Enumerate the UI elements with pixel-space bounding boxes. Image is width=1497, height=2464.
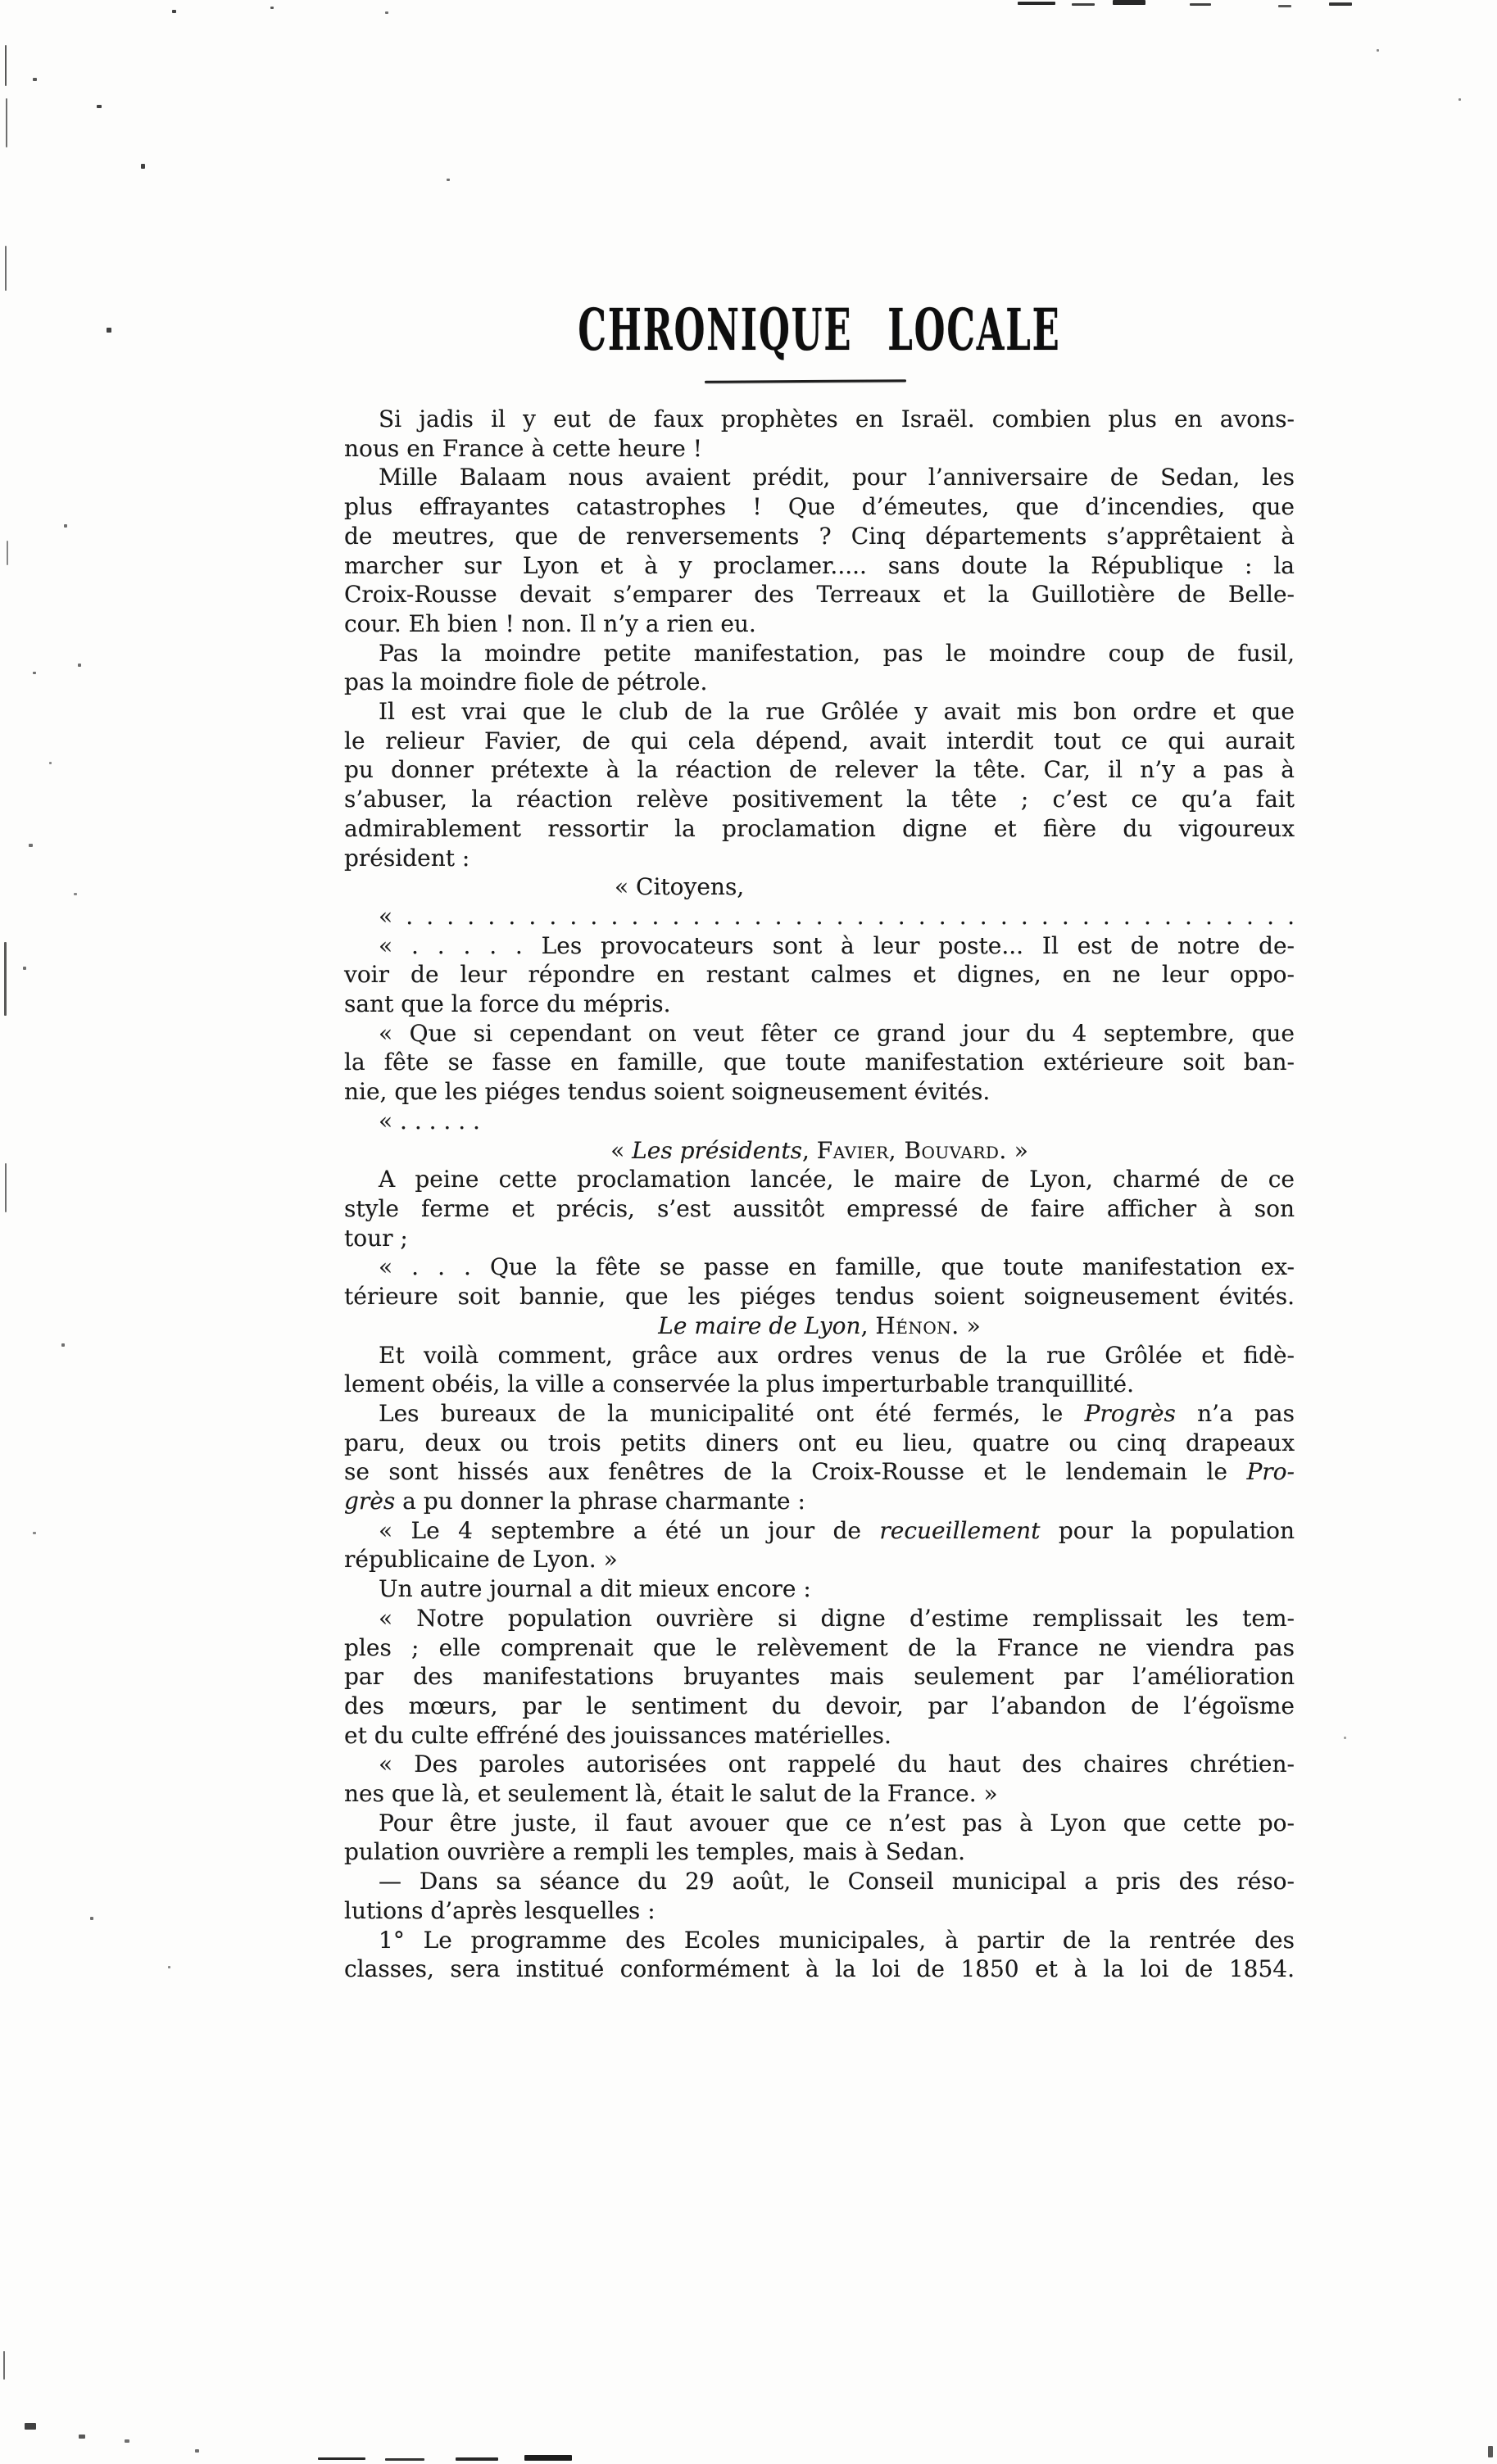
scan-speck xyxy=(447,179,450,181)
text-line: ples ; elle comprenait que le relèvement… xyxy=(344,1633,1295,1663)
scan-speck xyxy=(1377,49,1379,52)
scan-speck xyxy=(33,1532,36,1534)
text-line: et du culte effréné des jouissances maté… xyxy=(344,1721,1295,1751)
text-line: Pas la moindre petite manifestation, pas… xyxy=(344,639,1295,668)
text-line: la fête se fasse en famille, que toute m… xyxy=(344,1048,1295,1077)
paragraph: Il est vrai que le club de la rue Grôlée… xyxy=(344,697,1295,872)
scan-speck xyxy=(107,328,111,333)
text-line: pas la moindre fiole de pétrole. xyxy=(344,668,1295,697)
text-line: 1° Le programme des Ecoles municipales, … xyxy=(344,1926,1295,1955)
text-line: « . . . . . Les provocateurs sont à leur… xyxy=(344,931,1295,961)
text-line: s’abuser, la réaction relève positivemen… xyxy=(344,785,1295,814)
scan-speck xyxy=(168,1966,170,1968)
text-line: républicaine de Lyon. » xyxy=(344,1545,1295,1574)
text-line: A peine cette proclamation lancée, le ma… xyxy=(344,1165,1295,1194)
scan-speck xyxy=(1018,2,1055,5)
scan-speck xyxy=(1344,1737,1346,1739)
text-line: « Des paroles autorisées ont rappelé du … xyxy=(344,1750,1295,1779)
scan-speck xyxy=(29,844,33,847)
text-line: nous en France à cette heure ! xyxy=(344,434,1295,464)
text-line: de meutres, que de renversements ? Cinq … xyxy=(344,522,1295,551)
text-line: « . . . . . . . . . . . . . . . . . . . … xyxy=(344,902,1295,931)
paragraph: Pour être juste, il faut avouer que ce n… xyxy=(344,1809,1295,1867)
scan-speck xyxy=(25,2423,36,2430)
scan-speck xyxy=(74,893,77,895)
text-line: Si jadis il y eut de faux prophètes en I… xyxy=(344,405,1295,434)
paragraph: « Le 4 septembre a été un jour de recuei… xyxy=(344,1516,1295,1574)
paragraph: A peine cette proclamation lancée, le ma… xyxy=(344,1165,1295,1252)
scan-speck xyxy=(172,10,176,13)
scan-speck xyxy=(1488,2446,1493,2457)
scan-speck xyxy=(5,246,7,291)
text-line: « Notre population ouvrière si digne d’e… xyxy=(344,1604,1295,1633)
paragraph: « . . . Que la fête se passe en famille,… xyxy=(344,1252,1295,1311)
text-line: « Le 4 septembre a été un jour de recuei… xyxy=(344,1516,1295,1546)
text-line: Mille Balaam nous avaient prédit, pour l… xyxy=(344,463,1295,492)
section-title: CHRONIQUE LOCALE xyxy=(524,301,1114,359)
paragraph: « Notre population ouvrière si digne d’e… xyxy=(344,1604,1295,1751)
text-line: marcher sur Lyon et à y proclamer..... s… xyxy=(344,551,1295,581)
scan-speck xyxy=(385,2458,424,2461)
scan-speck xyxy=(5,1163,7,1212)
text-line: « Citoyens, xyxy=(344,872,1295,902)
scan-speck xyxy=(61,1343,65,1347)
scan-speck xyxy=(7,541,8,565)
text-line: lutions d’après lesquelles : xyxy=(344,1896,1295,1926)
scan-speck xyxy=(1329,2,1352,6)
scan-speck xyxy=(125,2439,129,2443)
text-line: nes que là, et seulement là, était le sa… xyxy=(344,1779,1295,1809)
scan-speck xyxy=(64,524,67,528)
text-line: « Les présidents, Favier, Bouvard. » xyxy=(344,1136,1295,1166)
article-body: Si jadis il y eut de faux prophètes en I… xyxy=(344,405,1295,1984)
text-line: « Que si cependant on veut fêter ce gran… xyxy=(344,1019,1295,1049)
paragraph: Et voilà comment, grâce aux ordres venus… xyxy=(344,1341,1295,1399)
text-line: grès a pu donner la phrase charmante : xyxy=(344,1487,1295,1516)
text-line: nie, que les piéges tendus soient soigne… xyxy=(344,1077,1295,1107)
text-line: paru, deux ou trois petits diners ont eu… xyxy=(344,1429,1295,1458)
scan-speck xyxy=(3,2351,5,2380)
text-line: Pour être juste, il faut avouer que ce n… xyxy=(344,1809,1295,1838)
text-line: Les bureaux de la municipalité ont été f… xyxy=(344,1399,1295,1429)
text-line: le relieur Favier, de qui cela dépend, a… xyxy=(344,727,1295,756)
text-line: Il est vrai que le club de la rue Grôlée… xyxy=(344,697,1295,727)
text-line: tour ; xyxy=(344,1224,1295,1253)
scan-speck xyxy=(1278,5,1291,7)
scan-speck xyxy=(90,1917,93,1920)
text-line: des mœurs, par le sentiment du devoir, p… xyxy=(344,1692,1295,1721)
text-line: lement obéis, la ville a conservée la pl… xyxy=(344,1370,1295,1399)
scan-speck xyxy=(23,967,26,970)
scan-speck xyxy=(6,98,7,147)
scan-speck xyxy=(33,672,36,674)
text-line: plus effrayantes catastrophes ! Que d’ém… xyxy=(344,492,1295,522)
paragraph: Un autre journal a dit mieux encore : xyxy=(344,1574,1295,1604)
scan-speck xyxy=(78,664,81,667)
scan-speck xyxy=(1190,3,1211,6)
text-line: par des manifestations bruyantes mais se… xyxy=(344,1662,1295,1692)
text-line: voir de leur répondre en restant calmes … xyxy=(344,960,1295,990)
scan-speck xyxy=(5,45,7,86)
scan-speck xyxy=(195,2449,199,2453)
paragraph: « Que si cependant on veut fêter ce gran… xyxy=(344,1019,1295,1107)
text-line: président : xyxy=(344,844,1295,873)
scan-speck xyxy=(524,2455,572,2461)
text-line: sant que la force du mépris. xyxy=(344,990,1295,1019)
scan-speck xyxy=(1072,3,1095,6)
text-line: Et voilà comment, grâce aux ordres venus… xyxy=(344,1341,1295,1370)
text-line: pu donner prétexte à la réaction de rele… xyxy=(344,755,1295,785)
scan-speck xyxy=(97,105,102,108)
masthead: CHRONIQUE LOCALE xyxy=(344,301,1295,359)
scan-speck xyxy=(1458,98,1461,101)
text-line: pulation ouvrière a rempli les temples, … xyxy=(344,1837,1295,1867)
paragraph: « Des paroles autorisées ont rappelé du … xyxy=(344,1750,1295,1808)
title-rule xyxy=(705,379,906,383)
paragraph: — Dans sa séance du 29 août, le Conseil … xyxy=(344,1867,1295,1925)
scan-speck xyxy=(33,78,37,81)
text-line: Un autre journal a dit mieux encore : xyxy=(344,1574,1295,1604)
paragraph: Le maire de Lyon, Hénon. » xyxy=(344,1311,1295,1341)
text-line: « . . . Que la fête se passe en famille,… xyxy=(344,1252,1295,1282)
text-line: — Dans sa séance du 29 août, le Conseil … xyxy=(344,1867,1295,1896)
newspaper-page: CHRONIQUE LOCALE Si jadis il y eut de fa… xyxy=(0,0,1497,2464)
paragraph: Si jadis il y eut de faux prophètes en I… xyxy=(344,405,1295,463)
paragraph: « . . . . . . . . . . . . . . . . . . . … xyxy=(344,902,1295,931)
text-line: Croix-Rousse devait s’emparer des Terrea… xyxy=(344,580,1295,609)
text-line: style ferme et précis, s’est aussitôt em… xyxy=(344,1194,1295,1224)
paragraph: « Les présidents, Favier, Bouvard. » xyxy=(344,1136,1295,1166)
paragraph: « . . . . . . xyxy=(344,1107,1295,1136)
scan-speck xyxy=(4,942,7,1016)
scan-speck xyxy=(49,762,52,764)
paragraph: « . . . . . Les provocateurs sont à leur… xyxy=(344,931,1295,1019)
paragraph: « Citoyens, xyxy=(344,872,1295,902)
scan-speck xyxy=(456,2457,498,2461)
scan-speck xyxy=(385,11,388,14)
text-line: térieure soit bannie, que les piéges ten… xyxy=(344,1282,1295,1311)
paragraph: Les bureaux de la municipalité ont été f… xyxy=(344,1399,1295,1516)
scan-speck xyxy=(270,7,274,9)
text-line: se sont hissés aux fenêtres de la Croix-… xyxy=(344,1457,1295,1487)
text-line: classes, sera institué conformément à la… xyxy=(344,1954,1295,1984)
scan-speck xyxy=(1113,0,1145,5)
scan-speck xyxy=(79,2435,85,2439)
scan-speck xyxy=(141,164,145,169)
paragraph: Mille Balaam nous avaient prédit, pour l… xyxy=(344,463,1295,638)
text-line: Le maire de Lyon, Hénon. » xyxy=(344,1311,1295,1341)
scan-speck xyxy=(318,2457,365,2460)
text-line: admirablement ressortir la proclamation … xyxy=(344,814,1295,844)
text-line: « . . . . . . xyxy=(344,1107,1295,1136)
paragraph: Pas la moindre petite manifestation, pas… xyxy=(344,639,1295,697)
paragraph: 1° Le programme des Ecoles municipales, … xyxy=(344,1926,1295,1984)
text-line: cour. Eh bien ! non. Il n’y a rien eu. xyxy=(344,609,1295,639)
